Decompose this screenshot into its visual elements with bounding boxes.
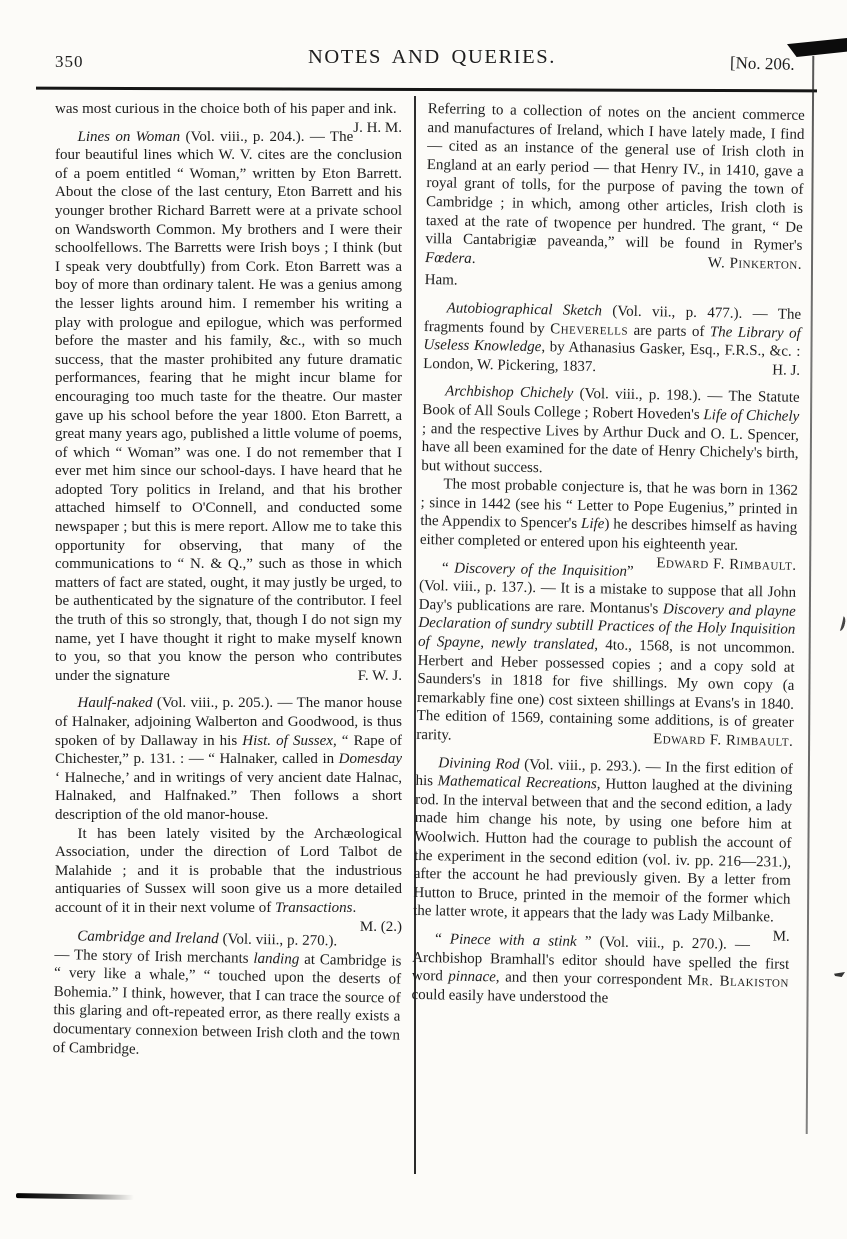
scan-artifact-corner-wedge (787, 38, 847, 57)
text-segment: Life (581, 516, 605, 532)
column-left: was most curious in the choice both of h… (55, 100, 402, 1057)
text-segment: Mathematical Recreations (438, 773, 597, 792)
text-segment: Archbishop Chichely (445, 384, 573, 402)
signature: J. H. M. (353, 119, 402, 138)
text-segment: Domesday (339, 751, 402, 767)
article-archbishop-chichely: Archbishop Chichely (Vol. viii., p. 198.… (420, 382, 800, 556)
signature: Edward F. Rimbault. (634, 554, 797, 576)
article-divining-rod: Divining Rod (Vol. viii., p. 293.). — In… (413, 753, 793, 927)
paragraph: Ham. (425, 271, 802, 296)
article-cambridge-and-ireland: Cambridge and Ireland (Vol. viii., p. 27… (53, 927, 402, 1064)
article-continuation-paper-and-ink: was most curious in the choice both of h… (55, 100, 402, 119)
scan-artifact-bottom-smudge (16, 1193, 134, 1200)
signature: H. J. (750, 361, 801, 381)
text-segment: Cambridge and Ireland (77, 928, 219, 947)
scan-artifact-speck (836, 615, 846, 631)
paragraph: Divining Rod (Vol. viii., p. 293.). — In… (413, 753, 793, 927)
paragraph: Cambridge and Ireland (Vol. viii., p. 27… (53, 927, 402, 1064)
text-segment: pinnace (448, 969, 496, 986)
text-segment: Hist. of Sussex (242, 733, 333, 749)
header-rule (36, 87, 817, 93)
paragraph: Archbishop Chichely (Vol. viii., p. 198.… (421, 382, 800, 482)
text-segment: . (472, 251, 476, 267)
page-title: NOTES AND QUERIES. (55, 46, 809, 69)
article-haulf-naked: Haulf-naked (Vol. viii., p. 205.). — The… (55, 694, 402, 917)
text-segment: “ (442, 560, 455, 576)
article-lines-on-woman: Lines on Woman (Vol. viii., p. 204.). — … (55, 128, 402, 686)
text-segment: ; and the respective Lives by Arthur Duc… (421, 420, 799, 475)
text-segment: . (352, 900, 356, 916)
text-segment: Life of Chichely (703, 407, 799, 425)
paragraph: was most curious in the choice both of h… (55, 100, 402, 119)
text-segment: Autobiographical Sketch (447, 300, 603, 319)
paragraph: “ Pinece with a stink ” (Vol. viii., p. … (411, 930, 789, 1011)
text-segment: Lines on Woman (78, 129, 181, 145)
paragraph: Autobiographical Sketch (Vol. vii., p. 4… (423, 299, 801, 380)
paragraph: “ Discovery of the Inquisition” (Vol. vi… (416, 559, 796, 752)
article-discovery-of-the-inquisition: “ Discovery of the Inquisition” (Vol. vi… (416, 559, 796, 752)
text-segment: , 4to., 1568, is not uncommon. Herbert a… (416, 637, 795, 743)
article-pinece-with-a-stink: “ Pinece with a stink ” (Vol. viii., p. … (411, 930, 789, 1011)
text-columns: was most curious in the choice both of h… (55, 100, 805, 1057)
issue-number: [No. 206. (730, 53, 795, 75)
text-segment: Transactions (275, 900, 353, 916)
scan-artifact-page-edge-line (806, 56, 815, 1134)
text-segment: ‘ Halneche,’ and in writings of very anc… (55, 770, 402, 823)
column-right: Referring to a collection of notes on th… (410, 100, 804, 1063)
signature: W. Pinkerton. (708, 254, 803, 274)
paragraph: Lines on Woman (Vol. viii., p. 204.). — … (55, 128, 402, 686)
signature: Edward F. Rimbault. (630, 730, 793, 752)
text-segment: Mr. Blakiston (687, 973, 789, 991)
paragraph: Haulf-naked (Vol. viii., p. 205.). — The… (55, 694, 402, 824)
text-segment: could easily have understood the (411, 987, 608, 1007)
scan-artifact-speck (834, 972, 845, 977)
signature: M. (750, 927, 790, 946)
text-segment: Fœdera (425, 250, 472, 267)
text-segment: are parts of (628, 322, 710, 339)
text-segment: at Cambridge is “ very like a whale,” “ … (53, 951, 402, 1057)
paragraph: The most probable conjecture is, that he… (420, 475, 798, 556)
text-segment: Discovery of the Inquisition (454, 560, 627, 579)
article-autobiographical-sketch: Autobiographical Sketch (Vol. vii., p. 4… (423, 299, 801, 380)
page-header: 350 NOTES AND QUERIES. [No. 206. (55, 46, 809, 76)
text-segment: landing (253, 950, 299, 967)
text-segment: Divining Rod (438, 755, 520, 772)
signature: F. W. J. (335, 667, 402, 686)
paragraph: It has been lately visited by the Archæo… (55, 825, 402, 918)
paragraph: Referring to a collection of notes on th… (425, 100, 805, 274)
text-segment: , and then your correspondent (496, 970, 688, 990)
text-segment: Haulf-naked (78, 695, 153, 711)
text-segment: Cheverells (550, 321, 628, 338)
text-segment: (Vol. viii., p. 204.). — The four beauti… (55, 129, 402, 684)
article-cambridge-and-ireland-continued: Referring to a collection of notes on th… (425, 100, 805, 297)
text-segment: , Hutton laughed at the divining rod. In… (413, 776, 793, 925)
text-segment: “ (435, 931, 450, 947)
text-segment: Referring to a collection of notes on th… (425, 101, 805, 254)
scanned-page: 350 NOTES AND QUERIES. [No. 206. was mos… (0, 0, 847, 1239)
text-segment: Pinece with a stink (450, 931, 577, 949)
text-segment: Ham. (425, 272, 458, 289)
text-segment: was most curious in the choice both of h… (55, 101, 397, 117)
